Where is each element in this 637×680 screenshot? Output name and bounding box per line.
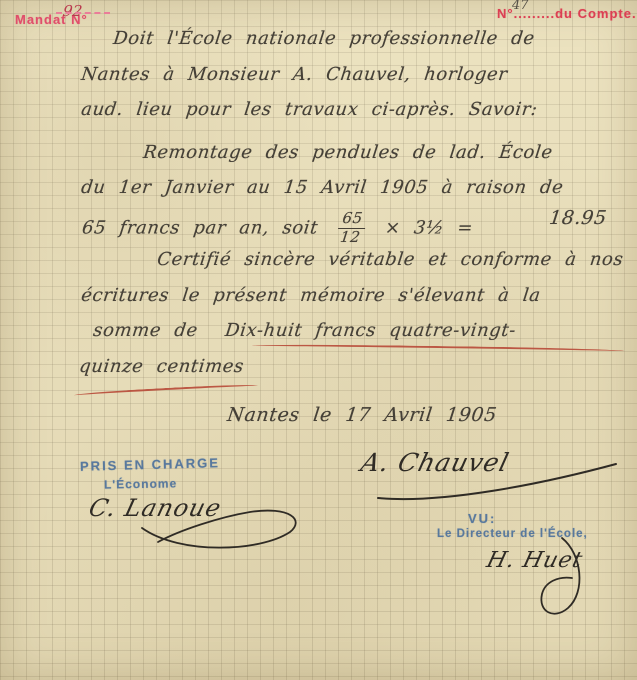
signature-directeur-flourish [528,534,598,630]
doc-line-4: Remontage des pendules de lad. École [142,142,554,163]
mandat-number: 92 [62,2,84,20]
signature-chauvel-flourish [372,456,624,508]
fraction-65-over-12: 65 12 [336,211,367,246]
fraction-denominator: 12 [336,229,364,246]
computation-suffix: × 3½ = [384,217,475,238]
computation-prefix: 65 francs par an, soit [81,217,319,238]
doc-line-2: Nantes à Monsieur A. Chauvel, horloger [80,64,509,85]
doc-line-9: somme de Dix-huit francs quatre-vingt- [92,320,517,341]
doc-line-6: 65 francs par an, soit 65 12 × 3½ = [80,211,475,246]
econome-stamp-label: L'Économe [104,476,177,491]
doc-line-10: quinze centimes [78,356,245,377]
sum-prefix: somme de [92,320,199,341]
amount-value: 18.95 [548,207,608,229]
doc-line-5: du 1er Janvier au 15 Avril 1905 à raison… [80,177,565,198]
doc-line-3: aud. lieu pour les travaux ci-après. Sav… [80,99,539,120]
signature-econome-flourish [140,500,310,560]
sum-underlined-1: Dix-huit francs quatre-vingt- [224,320,517,341]
doc-line-7: Certifié sincère véritable et conforme à… [156,249,625,270]
red-underline-1 [252,343,624,353]
amount-total: 18.95f [548,207,637,229]
doc-line-1: Doit l'École nationale professionnelle d… [112,28,536,49]
pris-en-charge-stamp: PRIS EN CHARGE [80,455,220,474]
mandat-dashed-line [56,12,110,14]
fraction-numerator: 65 [338,211,366,229]
document-page: Mandat N° 92 47 N°.........du Compte. Do… [0,0,637,680]
red-underline-2 [74,383,258,398]
doc-line-8: écritures le présent mémoire s'élevant à… [80,285,542,306]
account-stamp-label: N°.........du Compte. [497,6,637,21]
date-line: Nantes le 17 Avril 1905 [226,404,498,426]
vu-stamp: VU: [468,511,496,526]
